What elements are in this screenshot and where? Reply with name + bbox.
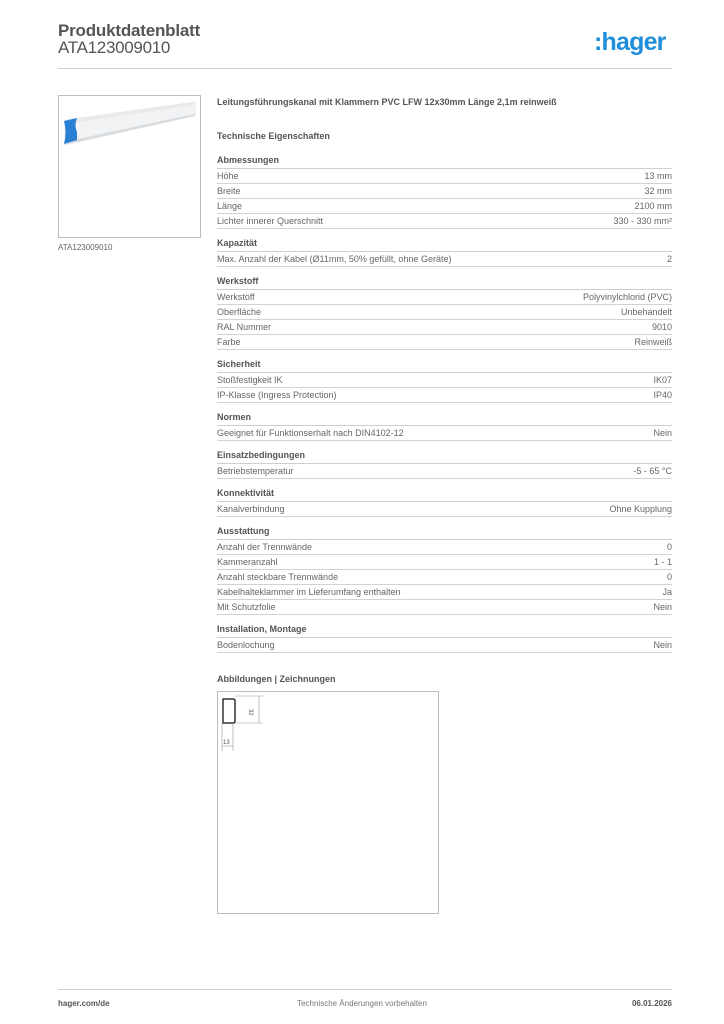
property-label: Oberfläche [217, 305, 261, 319]
property-label: Lichter innerer Querschnitt [217, 214, 323, 228]
property-label: Höhe [217, 169, 239, 183]
property-row: Lichter innerer Querschnitt330 - 330 mm² [217, 214, 672, 229]
property-row: IP-Klasse (Ingress Protection)IP40 [217, 388, 672, 403]
property-section: NormenGeeignet für Funktionserhalt nach … [217, 411, 672, 441]
property-section: Installation, MontageBodenlochungNein [217, 623, 672, 653]
svg-text:13: 13 [223, 740, 230, 746]
property-value: -5 - 65 °C [633, 464, 672, 478]
property-value: Reinweiß [634, 335, 672, 349]
property-value: IP40 [653, 388, 672, 402]
property-section: AusstattungAnzahl der Trennwände0Kammera… [217, 525, 672, 615]
cable-duct-illustration [59, 96, 200, 237]
property-value: 330 - 330 mm² [613, 214, 672, 228]
property-row: Länge2100 mm [217, 199, 672, 214]
property-value: 0 [667, 540, 672, 554]
property-row: RAL Nummer9010 [217, 320, 672, 335]
property-row: KanalverbindungOhne Kupplung [217, 502, 672, 517]
property-value: 2 [667, 252, 672, 266]
document-date: 06.01.2026 [632, 999, 672, 1008]
property-row: FarbeReinweiß [217, 335, 672, 350]
property-label: Anzahl steckbare Trennwände [217, 570, 338, 584]
property-row: Anzahl der Trennwände0 [217, 540, 672, 555]
property-value: Nein [653, 600, 672, 614]
property-label: Bodenlochung [217, 638, 275, 652]
property-row: Betriebstemperatur-5 - 65 °C [217, 464, 672, 479]
property-section: KonnektivitätKanalverbindungOhne Kupplun… [217, 487, 672, 517]
section-title: Einsatzbedingungen [217, 449, 672, 464]
section-title: Installation, Montage [217, 623, 672, 638]
footer-notice: Technische Änderungen vorbehalten [0, 999, 724, 1008]
section-title: Werkstoff [217, 275, 672, 290]
property-value: Unbehandelt [621, 305, 672, 319]
technical-properties-heading: Technische Eigenschaften [217, 130, 672, 146]
properties-sections: AbmessungenHöhe13 mmBreite32 mmLänge2100… [217, 154, 672, 653]
property-row: Höhe13 mm [217, 169, 672, 184]
property-section: EinsatzbedingungenBetriebstemperatur-5 -… [217, 449, 672, 479]
property-label: Kanalverbindung [217, 502, 285, 516]
property-label: Geeignet für Funktionserhalt nach DIN410… [217, 426, 404, 440]
property-section: SicherheitStoßfestigkeit IKIK07IP-Klasse… [217, 358, 672, 403]
property-row: Anzahl steckbare Trennwände0 [217, 570, 672, 585]
property-row: Geeignet für Funktionserhalt nach DIN410… [217, 426, 672, 441]
property-row: Max. Anzahl der Kabel (Ø11mm, 50% gefüll… [217, 252, 672, 267]
property-value: 32 mm [644, 184, 672, 198]
property-label: Breite [217, 184, 241, 198]
property-label: Stoßfestigkeit IK [217, 373, 283, 387]
property-label: Länge [217, 199, 242, 213]
property-value: IK07 [653, 373, 672, 387]
property-label: Kabelhalteklammer im Lieferumfang enthal… [217, 585, 401, 599]
property-label: IP-Klasse (Ingress Protection) [217, 388, 337, 402]
property-section: KapazitätMax. Anzahl der Kabel (Ø11mm, 5… [217, 237, 672, 267]
property-label: Betriebstemperatur [217, 464, 294, 478]
main-content: Leitungsführungskanal mit Klammern PVC L… [217, 96, 672, 685]
property-row: Breite32 mm [217, 184, 672, 199]
section-title: Sicherheit [217, 358, 672, 373]
property-label: Farbe [217, 335, 241, 349]
footer-divider [58, 989, 672, 990]
section-title: Normen [217, 411, 672, 426]
property-value: 0 [667, 570, 672, 584]
property-label: Max. Anzahl der Kabel (Ø11mm, 50% gefüll… [217, 252, 451, 266]
property-value: Nein [653, 638, 672, 652]
property-value: Polyvinylchlorid (PVC) [583, 290, 672, 304]
property-row: BodenlochungNein [217, 638, 672, 653]
product-description: Leitungsführungskanal mit Klammern PVC L… [217, 96, 672, 110]
property-section: WerkstoffWerkstoffPolyvinylchlorid (PVC)… [217, 275, 672, 350]
product-image [58, 95, 201, 238]
property-row: Kammeranzahl1 - 1 [217, 555, 672, 570]
property-row: Stoßfestigkeit IKIK07 [217, 373, 672, 388]
property-label: Mit Schutzfolie [217, 600, 276, 614]
property-section: AbmessungenHöhe13 mmBreite32 mmLänge2100… [217, 154, 672, 229]
drawings-heading: Abbildungen | Zeichnungen [217, 673, 672, 685]
property-label: RAL Nummer [217, 320, 271, 334]
section-title: Ausstattung [217, 525, 672, 540]
property-value: Ohne Kupplung [609, 502, 672, 516]
header-divider [58, 68, 672, 69]
property-row: Kabelhalteklammer im Lieferumfang enthal… [217, 585, 672, 600]
section-title: Kapazität [217, 237, 672, 252]
product-image-caption: ATA123009010 [58, 243, 112, 252]
cross-section-drawing: 32 13 [218, 692, 438, 913]
property-label: Werkstoff [217, 290, 255, 304]
article-number: ATA123009010 [58, 38, 170, 58]
property-row: Mit SchutzfolieNein [217, 600, 672, 615]
property-value: 1 - 1 [654, 555, 672, 569]
property-label: Kammeranzahl [217, 555, 278, 569]
property-value: 9010 [652, 320, 672, 334]
hager-logo: :hager [594, 28, 666, 56]
svg-text:32: 32 [247, 709, 253, 716]
property-value: Ja [662, 585, 672, 599]
section-title: Konnektivität [217, 487, 672, 502]
property-label: Anzahl der Trennwände [217, 540, 312, 554]
property-row: WerkstoffPolyvinylchlorid (PVC) [217, 290, 672, 305]
end-cap-icon [64, 118, 77, 144]
property-value: 2100 mm [634, 199, 672, 213]
technical-drawing: 32 13 [217, 691, 439, 914]
property-row: OberflächeUnbehandelt [217, 305, 672, 320]
section-title: Abmessungen [217, 154, 672, 169]
property-value: 13 mm [644, 169, 672, 183]
property-value: Nein [653, 426, 672, 440]
